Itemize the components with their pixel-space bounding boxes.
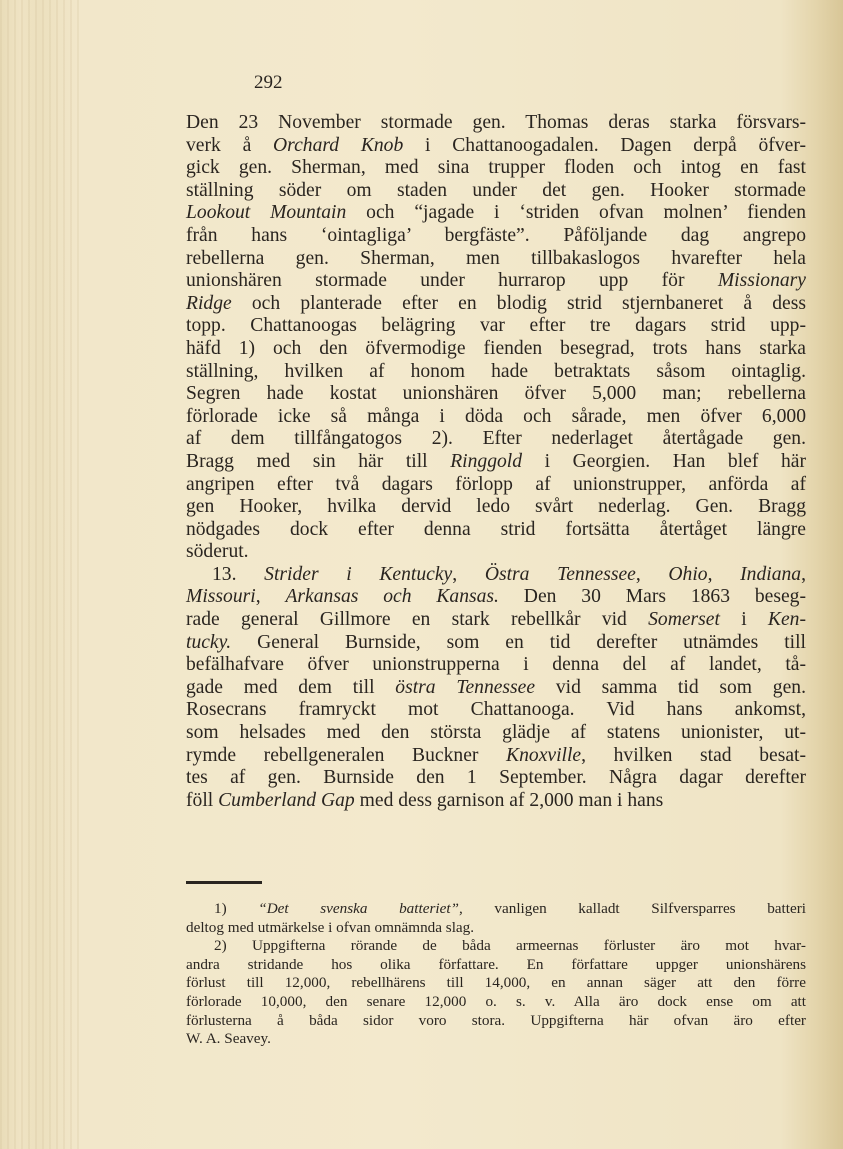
page-number: 292: [254, 72, 283, 94]
text-line: befälhafvare öfver unionstrupperna i den…: [186, 654, 806, 677]
italic-text: Somerset: [648, 609, 720, 630]
text-run: ställning söder om staden under det gen.…: [186, 180, 806, 201]
text-run: ,: [801, 564, 806, 585]
text-line: 13. Strider i Kentucky, Östra Tennessee,…: [186, 564, 806, 587]
italic-text: Orchard Knob: [273, 135, 403, 156]
text-line: verk å Orchard Knob i Chattanoogadalen. …: [186, 135, 806, 158]
italic-text: Ken-: [768, 609, 806, 630]
text-run: af dem tillfångatogos 2). Efter nederlag…: [186, 428, 806, 449]
footnote-line: deltog med utmärkelse i ofvan omnämnda s…: [186, 919, 806, 938]
italic-text: Cumberland Gap: [218, 790, 355, 811]
text-run: Rosecrans framryckt mot Chattanooga. Vid…: [186, 699, 806, 720]
italic-text: Ridge: [186, 293, 232, 314]
text-line: Missouri, Arkansas och Kansas. Den 30 Ma…: [186, 586, 806, 609]
text-line: Segren hade kostat unionshären öfver 5,0…: [186, 383, 806, 406]
text-run: tes af gen. Burnside den 1 September. Nå…: [186, 767, 806, 788]
text-run: i: [720, 609, 768, 630]
text-run: söderut.: [186, 541, 249, 562]
text-run: gen Hooker, hvilka dervid ledo svårt ned…: [186, 496, 806, 517]
footnote-line: 1) “Det svenska batteriet”, vanligen kal…: [186, 900, 806, 919]
italic-text: Knoxville: [506, 745, 581, 766]
text-line: föll Cumberland Gap med dess garnison af…: [186, 790, 806, 813]
text-line: gen Hooker, hvilka dervid ledo svårt ned…: [186, 496, 806, 519]
text-line: rebellerna gen. Sherman, men tillbakaslo…: [186, 248, 806, 271]
text-run: gade med dem till: [186, 677, 395, 698]
text-line: af dem tillfångatogos 2). Efter nederlag…: [186, 428, 806, 451]
text-run: som helsades med den största glädje af s…: [186, 722, 806, 743]
text-run: deltog med utmärkelse i ofvan omnämnda s…: [186, 919, 474, 936]
text-line: unionshären stormade under hurrarop upp …: [186, 270, 806, 293]
text-run: vid samma tid som gen.: [535, 677, 806, 698]
text-line: ställning, hvilken af honom hade betrakt…: [186, 361, 806, 384]
text-run: i Chattanoogadalen. Dagen derpå öfver-: [403, 135, 806, 156]
text-line: Ridge och planterade efter en blodig str…: [186, 293, 806, 316]
text-run: rade general Gillmore en stark rebellkår…: [186, 609, 648, 630]
text-run: befälhafvare öfver unionstrupperna i den…: [186, 654, 806, 675]
text-run: förlusterna å båda sidor voro stora. Upp…: [186, 1012, 806, 1029]
text-line: Rosecrans framryckt mot Chattanooga. Vid…: [186, 699, 806, 722]
text-line: tucky. General Burnside, som en tid dere…: [186, 632, 806, 655]
footnote-line: förlust till 12,000, rebellhärens till 1…: [186, 974, 806, 993]
text-run: rymde rebellgeneralen Buckner: [186, 745, 506, 766]
italic-text: Missionary: [718, 270, 806, 291]
text-run: från hans ‘ointagliga’ bergfäste”. Påföl…: [186, 225, 806, 246]
book-page: 292 Den 23 November stormade gen. Thomas…: [0, 0, 843, 1149]
text-line: ställning söder om staden under det gen.…: [186, 180, 806, 203]
text-line: från hans ‘ointagliga’ bergfäste”. Påföl…: [186, 225, 806, 248]
text-run: unionshären stormade under hurrarop upp …: [186, 270, 718, 291]
text-run: häfd 1) och den öfvermodige fienden bese…: [186, 338, 806, 359]
text-line: Lookout Mountain och “jagade i ‘striden …: [186, 202, 806, 225]
footnote-line: förlusterna å båda sidor voro stora. Upp…: [186, 1012, 806, 1031]
page-gutter: [0, 0, 80, 1149]
italic-text: Strider i Kentucky: [264, 564, 452, 585]
text-line: angripen efter två dagars förlopp af uni…: [186, 474, 806, 497]
text-run: topp. Chattanoogas belägring var efter t…: [186, 315, 806, 336]
text-run: i Georgien. Han blef här: [522, 451, 806, 472]
italic-text: Ringgold: [450, 451, 522, 472]
text-run: Segren hade kostat unionshären öfver 5,0…: [186, 383, 806, 404]
footnote-line: andra stridande hos olika författare. En…: [186, 956, 806, 975]
footnote-separator-rule: [186, 881, 262, 884]
text-line: Den 23 November stormade gen. Thomas der…: [186, 112, 806, 135]
text-line: rade general Gillmore en stark rebellkår…: [186, 609, 806, 632]
text-run: ,: [452, 564, 485, 585]
text-run: förlorade icke så många i döda och sårad…: [186, 406, 806, 427]
text-line: söderut.: [186, 541, 806, 564]
italic-text: Östra Tennessee: [485, 564, 636, 585]
text-run: General Burnside, som en tid derefter ut…: [231, 632, 806, 653]
italic-text: Lookout Mountain: [186, 202, 346, 223]
text-run: nödgades dock efter denna strid fortsätt…: [186, 519, 806, 540]
text-line: rymde rebellgeneralen Buckner Knoxville,…: [186, 745, 806, 768]
italic-text: “Det svenska batteriet”: [258, 900, 459, 917]
text-run: ,: [636, 564, 669, 585]
footnotes: 1) “Det svenska batteriet”, vanligen kal…: [186, 900, 806, 1049]
italic-text: Missouri: [186, 586, 256, 607]
text-run: 13.: [212, 564, 264, 585]
italic-text: östra Tennessee: [395, 677, 535, 698]
text-line: topp. Chattanoogas belägring var efter t…: [186, 315, 806, 338]
italic-text: Ohio: [668, 564, 707, 585]
footnote-line: W. A. Seavey.: [186, 1030, 806, 1049]
footnote-line: 2) Uppgifterna rörande de båda armeernas…: [186, 937, 806, 956]
footnote-line: förlorade 10,000, den senare 12,000 o. s…: [186, 993, 806, 1012]
italic-text: tucky.: [186, 632, 231, 653]
text-line: häfd 1) och den öfvermodige fienden bese…: [186, 338, 806, 361]
text-line: gade med dem till östra Tennessee vid sa…: [186, 677, 806, 700]
text-run: , hvilken stad besat-: [581, 745, 806, 766]
text-run: ,: [708, 564, 741, 585]
text-run: ,: [256, 586, 286, 607]
italic-text: Arkansas och Kansas.: [285, 586, 499, 607]
text-run: andra stridande hos olika författare. En…: [186, 956, 806, 973]
text-run: 2) Uppgifterna rörande de båda armeernas…: [214, 937, 806, 954]
text-line: förlorade icke så många i döda och sårad…: [186, 406, 806, 429]
text-run: ställning, hvilken af honom hade betrakt…: [186, 361, 806, 382]
text-line: nödgades dock efter denna strid fortsätt…: [186, 519, 806, 542]
text-run: gick gen. Sherman, med sina trupper flod…: [186, 157, 806, 178]
text-run: Den 30 Mars 1863 beseg-: [499, 586, 806, 607]
text-run: verk å: [186, 135, 273, 156]
text-line: tes af gen. Burnside den 1 September. Nå…: [186, 767, 806, 790]
text-run: och “jagade i ‘striden ofvan molnen’ fie…: [346, 202, 806, 223]
italic-text: Indiana: [740, 564, 801, 585]
text-run: med dess garnison af 2,000 man i hans: [355, 790, 664, 811]
text-run: 1): [214, 900, 258, 917]
text-run: , vanligen kalladt Silfversparres batter…: [459, 900, 806, 917]
text-line: som helsades med den största glädje af s…: [186, 722, 806, 745]
text-run: föll: [186, 790, 218, 811]
text-line: gick gen. Sherman, med sina trupper flod…: [186, 157, 806, 180]
text-run: förlorade 10,000, den senare 12,000 o. s…: [186, 993, 806, 1010]
text-run: Den 23 November stormade gen. Thomas der…: [186, 112, 806, 133]
text-run: och planterade efter en blodig strid stj…: [232, 293, 806, 314]
text-run: W. A. Seavey.: [186, 1030, 271, 1047]
text-line: Bragg med sin här till Ringgold i Georgi…: [186, 451, 806, 474]
text-run: rebellerna gen. Sherman, men tillbakaslo…: [186, 248, 806, 269]
text-run: Bragg med sin här till: [186, 451, 450, 472]
text-run: förlust till 12,000, rebellhärens till 1…: [186, 974, 806, 991]
text-run: angripen efter två dagars förlopp af uni…: [186, 474, 806, 495]
body-text: Den 23 November stormade gen. Thomas der…: [186, 112, 806, 812]
